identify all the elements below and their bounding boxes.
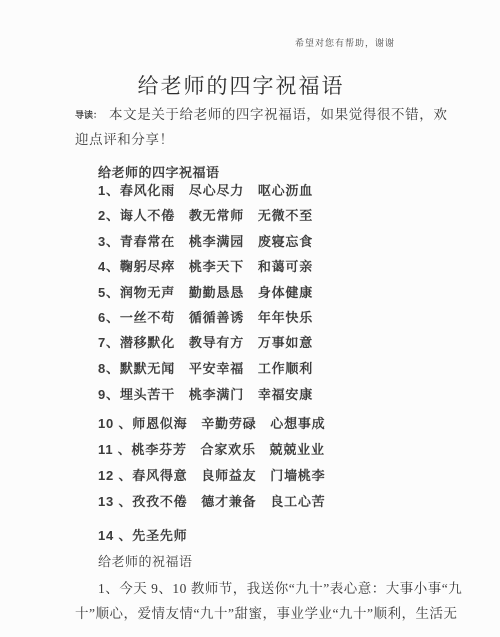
intro-text: 本文是关于给老师的四字祝福语，如果觉得很不错，欢 — [109, 107, 447, 122]
blessing-item: 4、鞠躬尽瘁 桃李天下 和蔼可亲 — [98, 258, 313, 275]
intro-paragraph-line-2: 迎点评和分享！ — [75, 130, 174, 149]
closing-paragraph-line-1: 1、今天 9、10 教师节，我送你“九十”表心意：大事小事“九 — [98, 579, 462, 598]
document-page: 希望对您有帮助，谢谢 给老师的四字祝福语 导读：本文是关于给老师的四字祝福语，如… — [0, 0, 500, 637]
blessing-item: 6、一丝不苟 循循善诱 年年快乐 — [98, 309, 313, 326]
blessing-item: 2、诲人不倦 教无常师 无微不至 — [98, 207, 313, 224]
blessing-item: 14 、先圣先师 — [98, 527, 187, 544]
blessing-item: 13 、孜孜不倦 德才兼备 良工心苦 — [98, 493, 325, 510]
blessing-item: 1、春风化雨 尽心尽力 呕心沥血 — [98, 182, 313, 199]
blessing-item: 8、默默无闻 平安幸福 工作顺利 — [98, 360, 313, 377]
section1-subtitle: 给老师的四字祝福语 — [98, 164, 220, 181]
blessing-item: 3、青春常在 桃李满园 废寝忘食 — [98, 233, 313, 250]
blessing-item: 11 、桃李芬芳 合家欢乐 兢兢业业 — [98, 441, 325, 458]
page-title: 给老师的四字祝福语 — [0, 70, 482, 100]
closing-paragraph-line-2: 十”顺心，爱情友情“九十”甜蜜，事业学业“九十”顺利，生活无 — [75, 604, 457, 623]
blessing-item: 10 、师恩似海 辛勤劳碌 心想事成 — [98, 415, 325, 432]
blessing-item: 5、润物无声 勤勤恳恳 身体健康 — [98, 284, 313, 301]
blessing-item: 7、潜移默化 教导有方 万事如意 — [98, 334, 313, 351]
section2-subtitle: 给老师的祝福语 — [98, 553, 193, 570]
header-note: 希望对您有帮助，谢谢 — [295, 36, 395, 49]
intro-paragraph-line-1: 导读：本文是关于给老师的四字祝福语，如果觉得很不错，欢 — [75, 105, 447, 125]
intro-label: 导读： — [75, 110, 102, 120]
blessing-item: 12 、春风得意 良师益友 门墙桃李 — [98, 467, 325, 484]
blessing-item: 9、埋头苦干 桃李满门 幸福安康 — [98, 386, 313, 403]
